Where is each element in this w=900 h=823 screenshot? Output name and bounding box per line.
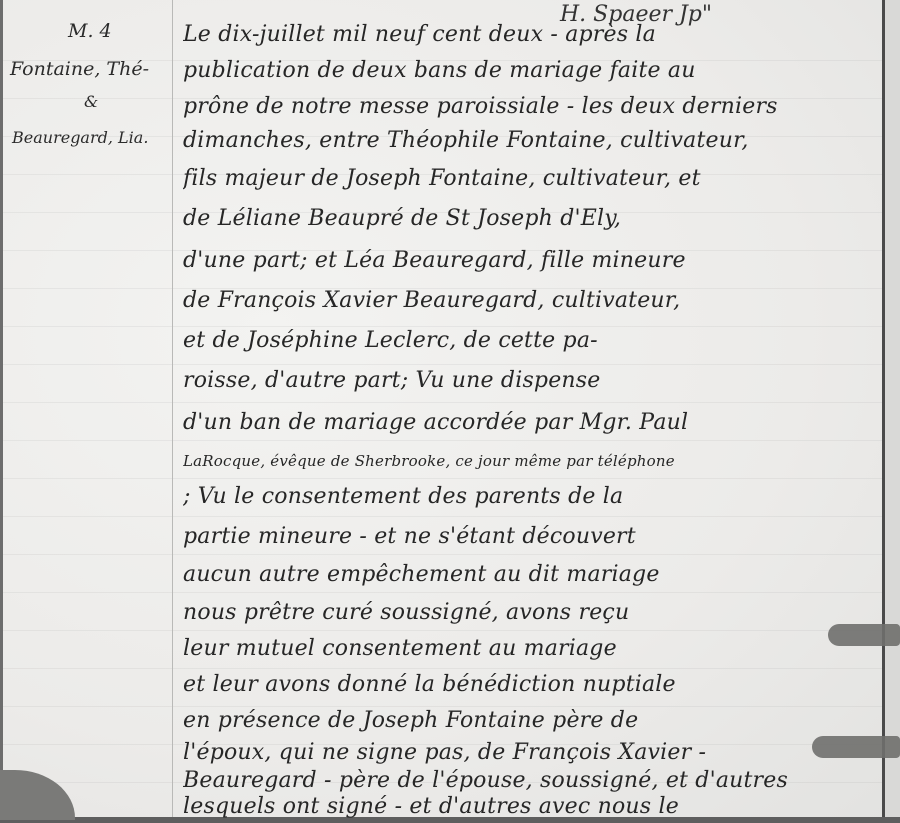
ruled-line [0, 478, 882, 479]
text-line: fils majeur de Joseph Fontaine, cultivat… [183, 166, 883, 191]
text-line: Le dix-juillet mil neuf cent deux - aprè… [183, 22, 883, 47]
dark-corner-shadow [0, 770, 75, 820]
text-line: en présence de Joseph Fontaine père de [183, 708, 883, 733]
text-line: LaRocque, évêque de Sherbrooke, ce jour … [183, 452, 883, 470]
ruled-line [0, 554, 882, 555]
margin-rule [172, 0, 173, 817]
ruled-line [0, 402, 882, 403]
scanned-page: H. Spaeer Jp" M. 4 Fontaine, Thé- & Beau… [0, 0, 900, 823]
text-line: nous prêtre curé soussigné, avons reçu [183, 600, 883, 625]
margin-groom-name: Fontaine, Thé- [10, 58, 149, 80]
ruled-line [0, 364, 882, 365]
ruled-line [0, 516, 882, 517]
text-line: de François Xavier Beauregard, cultivate… [183, 288, 883, 313]
text-line: roisse, d'autre part; Vu une dispense [183, 368, 883, 393]
text-line: et de Joséphine Leclerc, de cette pa- [183, 328, 883, 353]
text-line: leur mutuel consentement au mariage [183, 636, 883, 661]
entry-number: M. 4 [68, 20, 112, 42]
text-line: de Léliane Beaupré de St Joseph d'Ely, [183, 206, 883, 231]
ruled-line [0, 592, 882, 593]
text-line: ; Vu le consentement des parents de la [183, 484, 883, 509]
text-line: d'une part; et Léa Beauregard, fille min… [183, 248, 883, 273]
margin-ampersand: & [84, 92, 98, 111]
left-page-edge [0, 0, 3, 823]
text-line: partie mineure - et ne s'étant découvert [183, 524, 883, 549]
text-line: Beauregard - père de l'épouse, soussigné… [183, 768, 883, 793]
margin-bride-name: Beauregard, Lia. [12, 128, 148, 147]
ruled-line [0, 668, 882, 669]
text-line: d'un ban de mariage accordée par Mgr. Pa… [183, 410, 883, 435]
text-line: l'époux, qui ne signe pas, de François X… [183, 740, 883, 765]
right-page-strip [885, 0, 900, 823]
text-line: aucun autre empêchement au dit mariage [183, 562, 883, 587]
ruled-line [0, 326, 882, 327]
text-line: dimanches, entre Théophile Fontaine, cul… [183, 128, 883, 153]
text-line: lesquels ont signé - et d'autres avec no… [183, 794, 883, 819]
text-line: publication de deux bans de mariage fait… [183, 58, 883, 83]
ruled-line [0, 440, 882, 441]
ruled-line [0, 706, 882, 707]
text-line: et leur avons donné la bénédiction nupti… [183, 672, 883, 697]
text-line: prône de notre messe paroissiale - les d… [183, 94, 883, 119]
ruled-line [0, 630, 882, 631]
